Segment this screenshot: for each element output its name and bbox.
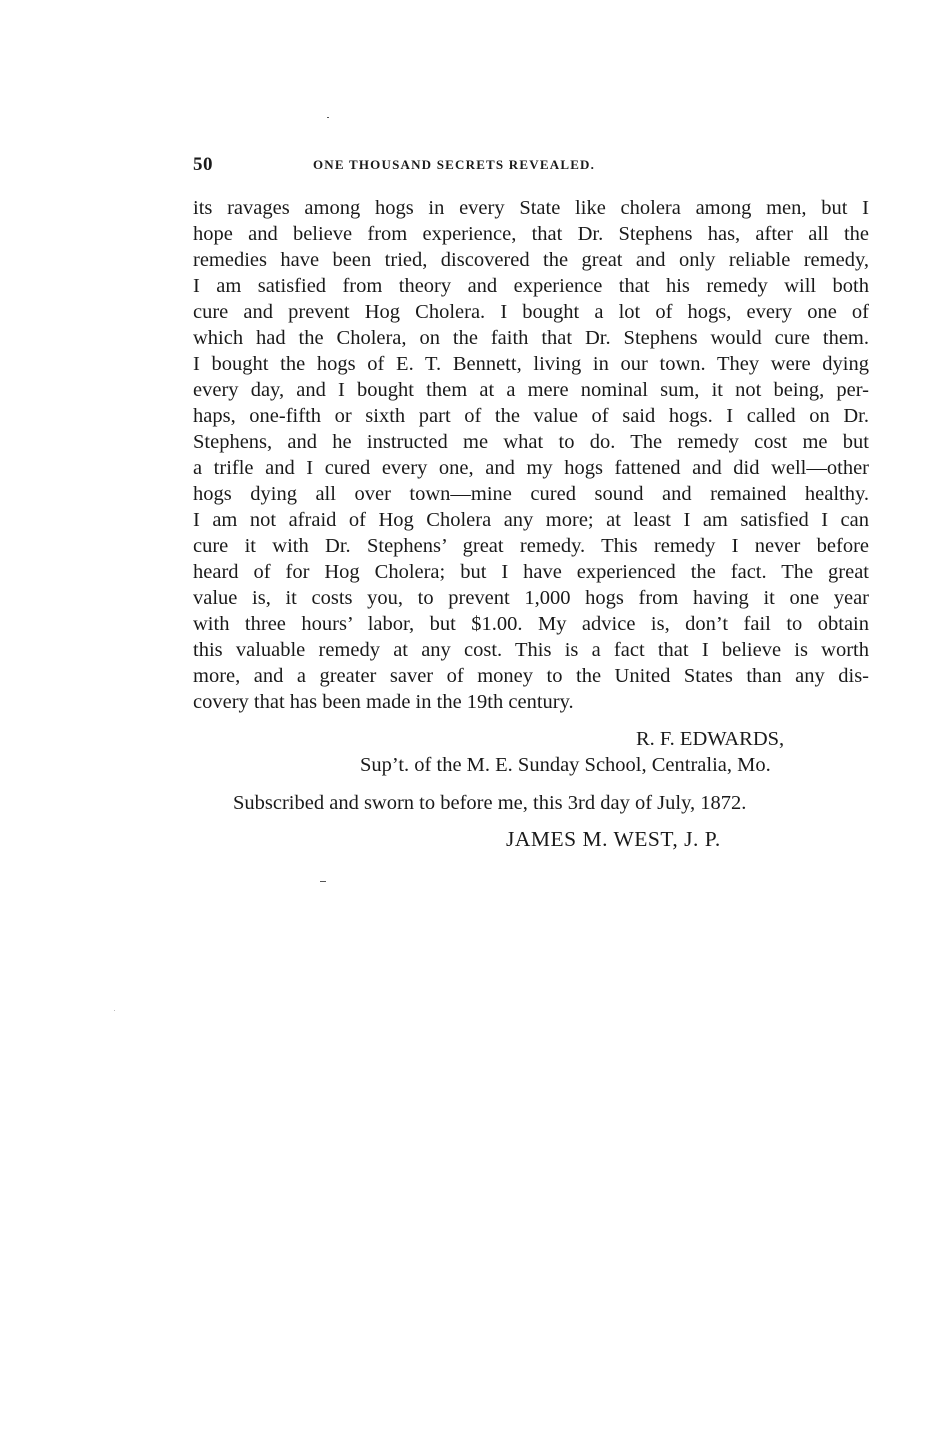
page-number: 50 [193,154,213,176]
body-paragraph: its ravages among hogs in every State li… [193,195,869,715]
text-line: covery that has been made in the 19th ce… [193,689,869,715]
book-page: 50 ONE THOUSAND SECRETS REVEALED. its ra… [0,0,936,1440]
notary-signature: JAMES M. WEST, J. P. [506,826,721,852]
text-line: every day, and I bought them at a mere n… [193,377,869,403]
text-line: haps, one-fifth or sixth part of the val… [193,403,869,429]
attestation-statement: Subscribed and sworn to before me, this … [233,790,746,816]
text-line: more, and a greater saver of money to th… [193,663,869,689]
text-line: Stephens, and he instructed me what to d… [193,429,869,455]
signature-title: Sup’t. of the M. E. Sunday School, Centr… [360,752,771,778]
text-line: cure and prevent Hog Cholera. I bought a… [193,299,869,325]
text-line: I bought the hogs of E. T. Bennett, livi… [193,351,869,377]
signature-name: R. F. EDWARDS, [636,726,784,752]
text-line: value is, it costs you, to prevent 1,000… [193,585,869,611]
text-line: a trifle and I cured every one, and my h… [193,455,869,481]
text-line: heard of for Hog Cholera; but I have exp… [193,559,869,585]
text-line: with three hours’ labor, but $1.00. My a… [193,611,869,637]
text-line: this valuable remedy at any cost. This i… [193,637,869,663]
running-head-title: ONE THOUSAND SECRETS REVEALED. [313,157,595,173]
scan-speck [327,117,329,118]
running-head: 50 ONE THOUSAND SECRETS REVEALED. [193,154,873,178]
text-line: I am satisfied from theory and experienc… [193,273,869,299]
text-line: remedies have been tried, discovered the… [193,247,869,273]
text-line: cure it with Dr. Stephens’ great remedy.… [193,533,869,559]
text-line: its ravages among hogs in every State li… [193,195,869,221]
text-line: hogs dying all over town—mine cured soun… [193,481,869,507]
scan-speck [320,881,326,882]
text-line: hope and believe from experience, that D… [193,221,869,247]
text-line: which had the Cholera, on the faith that… [193,325,869,351]
text-line: I am not afraid of Hog Cholera any more;… [193,507,869,533]
scan-speck [114,1010,115,1011]
